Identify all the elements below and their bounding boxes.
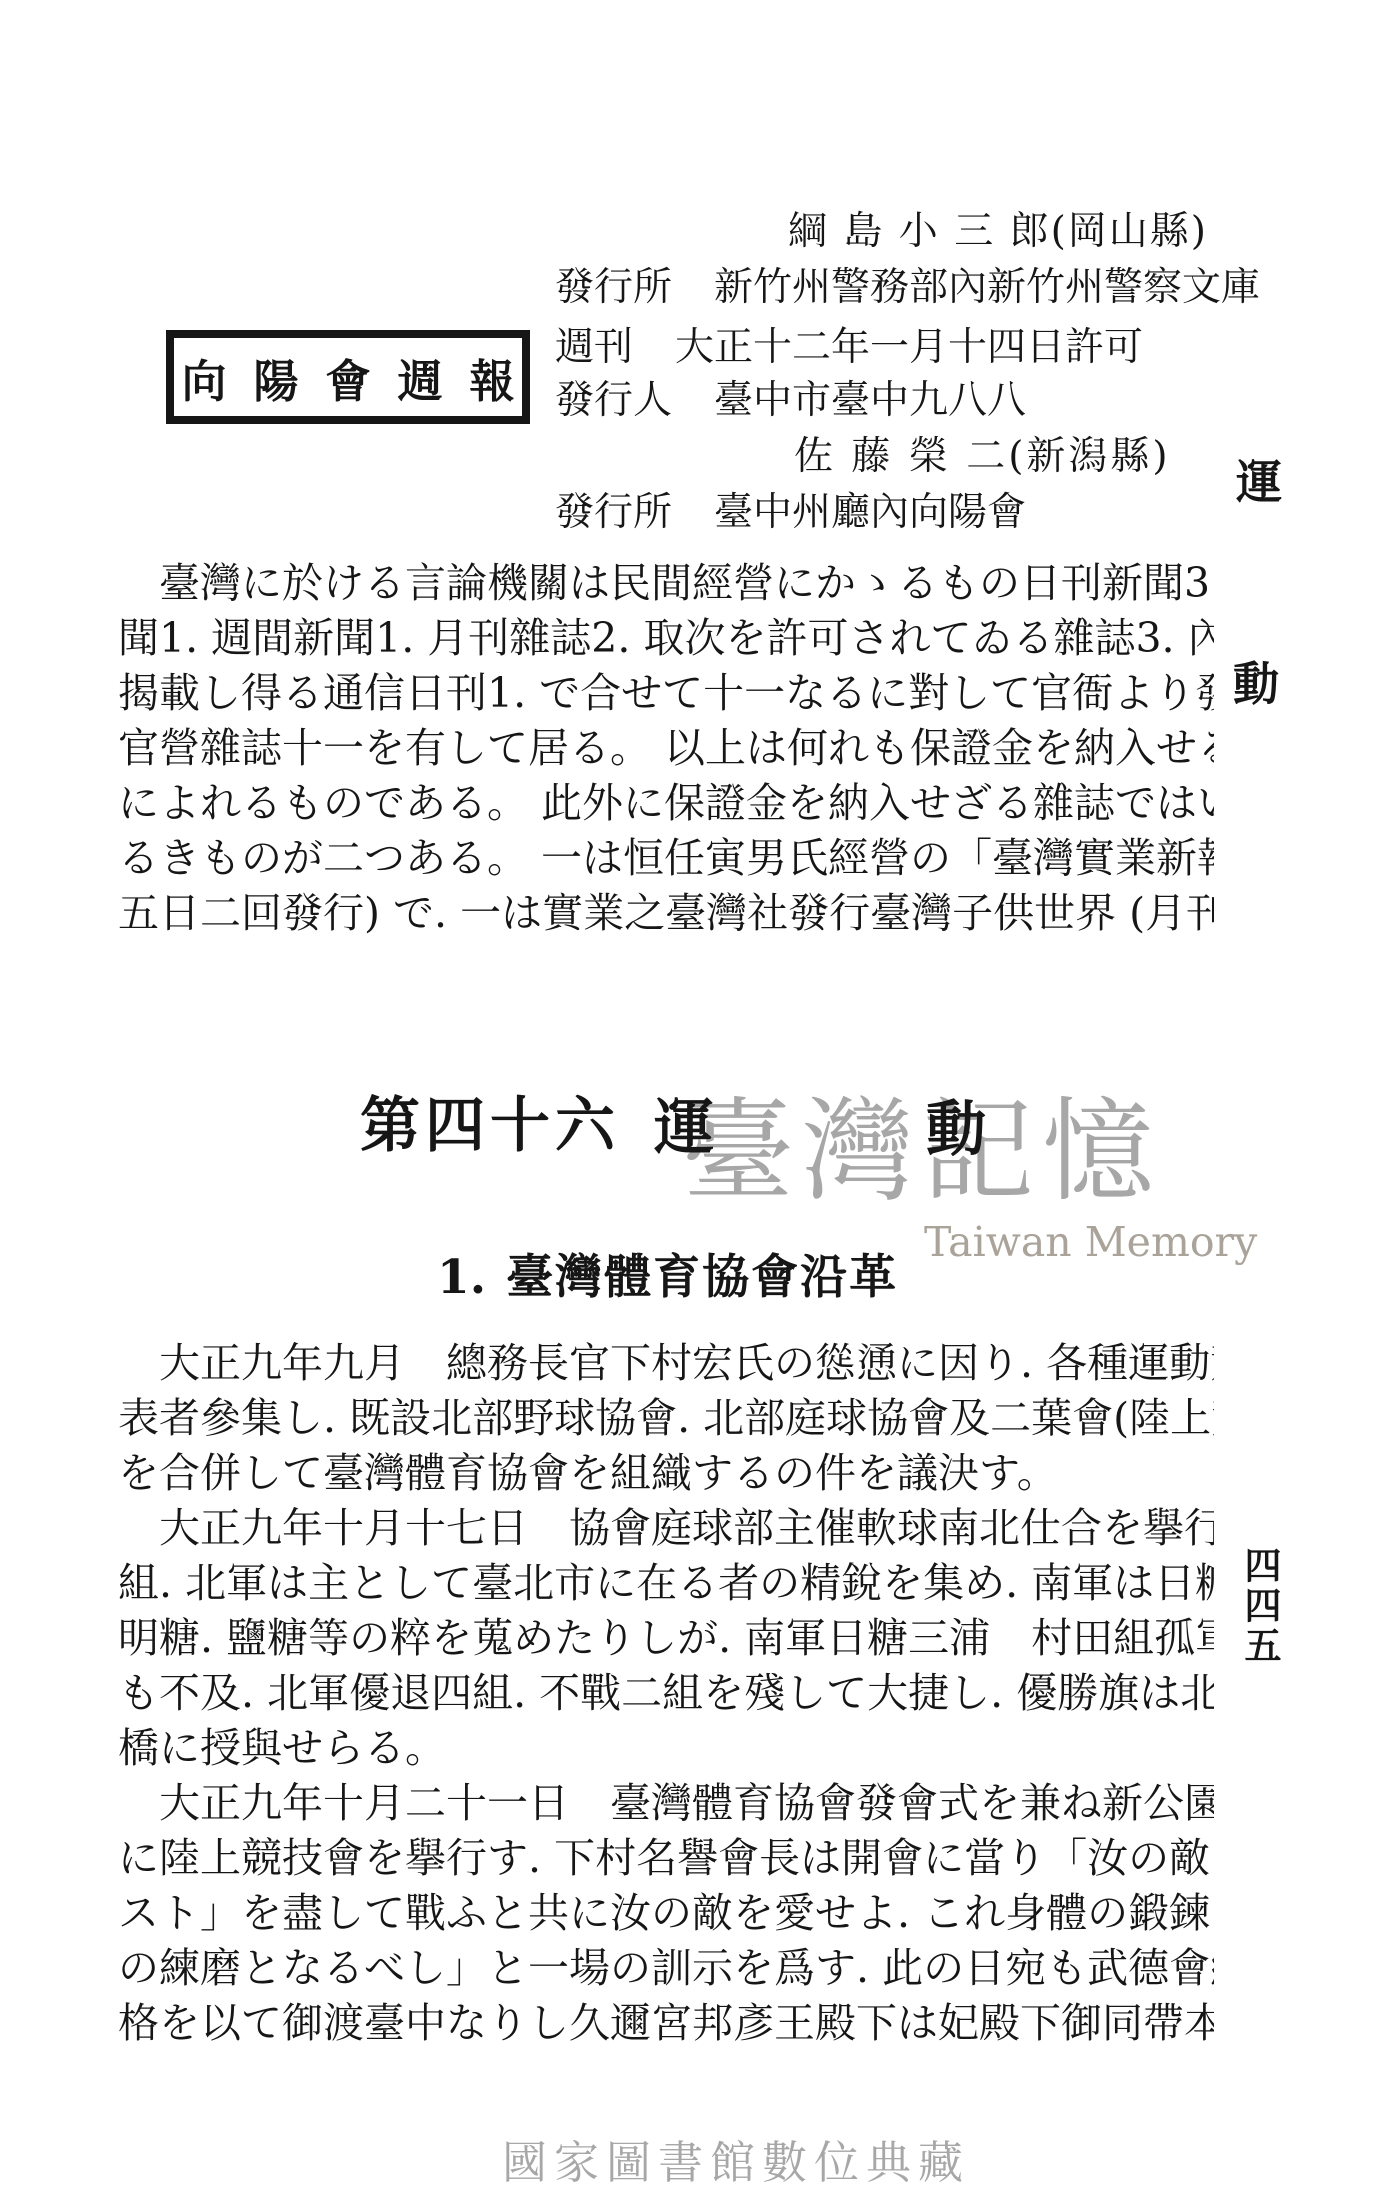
publisher-row: 週刊 大正十二年一月十四日許可: [555, 326, 1143, 370]
margin-chapter-char: 運: [1236, 458, 1282, 506]
text-line: も不及. 北軍優退四組. 不戰二組を殘して大捷し. 優勝旗は北軍主將村: [118, 1666, 1214, 1721]
page-number: 四四五: [1240, 1546, 1280, 1666]
paragraph-intro: 臺灣に於ける言論機關は民間經營にかゝるもの日刊新聞3. 隔日發行新 聞1. 週間…: [118, 556, 1214, 941]
margin-chapter-char: 動: [1233, 660, 1279, 708]
library-watermark: 國家圖書館數位典藏: [502, 2126, 970, 2191]
section-title: 臺灣體育協會沿革: [506, 1250, 898, 1305]
publisher-row-value: 大正十二年一月十四日許可: [675, 326, 1143, 370]
publisher-row-label: 發行人: [555, 379, 672, 423]
publisher-row-label: 發行所: [555, 266, 672, 310]
text-line: 格を以て御渡臺中なりし久邇宮邦彥王殿下は妃殿下御同帶本大會に御臨: [118, 1996, 1214, 2051]
text-line: 橋に授與せらる。: [118, 1721, 1214, 1776]
publisher-row: 發行人 臺中市臺中九八八: [555, 379, 1026, 423]
text-line: に陸上競技會を擧行す. 下村名譽會長は開會に當り「汝の敵に對し「ベ: [118, 1831, 1214, 1886]
text-line: 表者參集し. 既設北部野球協會. 北部庭球協會及二葉會(陸上競技團體): [118, 1391, 1214, 1446]
text-line: によれるものである。 此外に保證金を納入せざる雜誌ではいさゝか見べ: [118, 776, 1214, 831]
taiwan-memory-watermark-cjk: 臺灣記憶: [682, 1092, 1162, 1212]
publisher-row: 發行所 新竹州警務部內新竹州警察文庫: [555, 266, 1260, 310]
publisher-row: 發行所 臺中州廳內向陽會: [555, 491, 1026, 535]
publisher-row-label: 發行所: [555, 491, 672, 535]
publisher-row-value: 臺中市臺中九八八: [714, 379, 1026, 423]
publisher-author-name: 綱 島 小 三 郎(岡山縣): [788, 210, 1208, 254]
publisher-author-name: 佐 藤 榮 二(新潟縣): [794, 435, 1171, 479]
text-line: を合併して臺灣體育協會を組織するの件を議決す。: [118, 1446, 1214, 1501]
text-line: 組. 北軍は主として臺北市に在る者の精銳を集め. 南軍は日糖. 臺糖.: [118, 1556, 1214, 1611]
text-line: 大正九年九月 總務長官下村宏氏の慫慂に因り. 各種運動競技團體代: [118, 1336, 1214, 1391]
text-line: の練磨となるべし」と一場の訓示を爲す. 此の日宛も武德會總裁の御資: [118, 1941, 1214, 1996]
masthead-box: 向陽會週報: [166, 330, 530, 424]
publisher-row-value: 臺中州廳內向陽會: [714, 491, 1026, 535]
section-number: 1.: [437, 1250, 486, 1305]
publisher-row-value: 新竹州警務部內新竹州警察文庫: [714, 266, 1260, 310]
text-line: 大正九年十月十七日 協會庭球部主催軟球南北仕合を擧行す. 西軍九: [118, 1501, 1214, 1556]
text-line: 五日二回發行) で. 一は實業之臺灣社發行臺灣子供世界 (月刊)である。: [118, 886, 1214, 941]
masthead-title: 向陽會週報: [181, 345, 541, 410]
paragraph-opening-ceremony: 大正九年十月二十一日 臺灣體育協會發會式を兼ね新公園「グランド」 に陸上競技會を…: [118, 1776, 1214, 2051]
chapter-heading-char: 運: [654, 1096, 714, 1160]
text-line: 揭載し得る通信日刊1. で合せて十一なるに對して官衙より發行して居る: [118, 666, 1214, 721]
text-line: 官營雜誌十一を有して居る。 以上は何れも保證金を納入せる新聞紙條例: [118, 721, 1214, 776]
publisher-row-label: 週刊: [555, 326, 633, 370]
text-line: 聞1. 週間新聞1. 月刊雜誌2. 取次を許可されてゐる雜誌3. 內地材料のみを: [118, 611, 1214, 666]
text-line: 大正九年十月二十一日 臺灣體育協會發會式を兼ね新公園「グランド」: [118, 1776, 1214, 1831]
text-line: スト」を盡して戰ふと共に汝の敵を愛せよ. これ身體の鍛鍊と共に精神: [118, 1886, 1214, 1941]
scanned-document-page: 綱 島 小 三 郎(岡山縣) 發行所 新竹州警務部內新竹州警察文庫 週刊 大正十…: [0, 0, 1400, 2200]
taiwan-memory-watermark-en: Taiwan Memory: [924, 1218, 1257, 1266]
text-line: 臺灣に於ける言論機關は民間經營にかゝるもの日刊新聞3. 隔日發行新: [118, 556, 1214, 611]
text-line: 明糖. 鹽糖等の粹を蒐めたりしが. 南軍日糖三浦 村田組孤軍奮鬪せる: [118, 1611, 1214, 1666]
paragraph-founding: 大正九年九月 總務長官下村宏氏の慫慂に因り. 各種運動競技團體代 表者參集し. …: [118, 1336, 1214, 1501]
chapter-heading-char: 動: [926, 1098, 986, 1162]
chapter-heading-number: 第四十六: [360, 1094, 620, 1158]
section-heading: 1.臺灣體育協會沿革: [437, 1240, 898, 1307]
text-line: るきものが二つある。 一は恒任寅男氏經營の「臺灣實業新報」 (一日十: [118, 831, 1214, 886]
paragraph-tennis-match: 大正九年十月十七日 協會庭球部主催軟球南北仕合を擧行す. 西軍九 組. 北軍は主…: [118, 1501, 1214, 1776]
